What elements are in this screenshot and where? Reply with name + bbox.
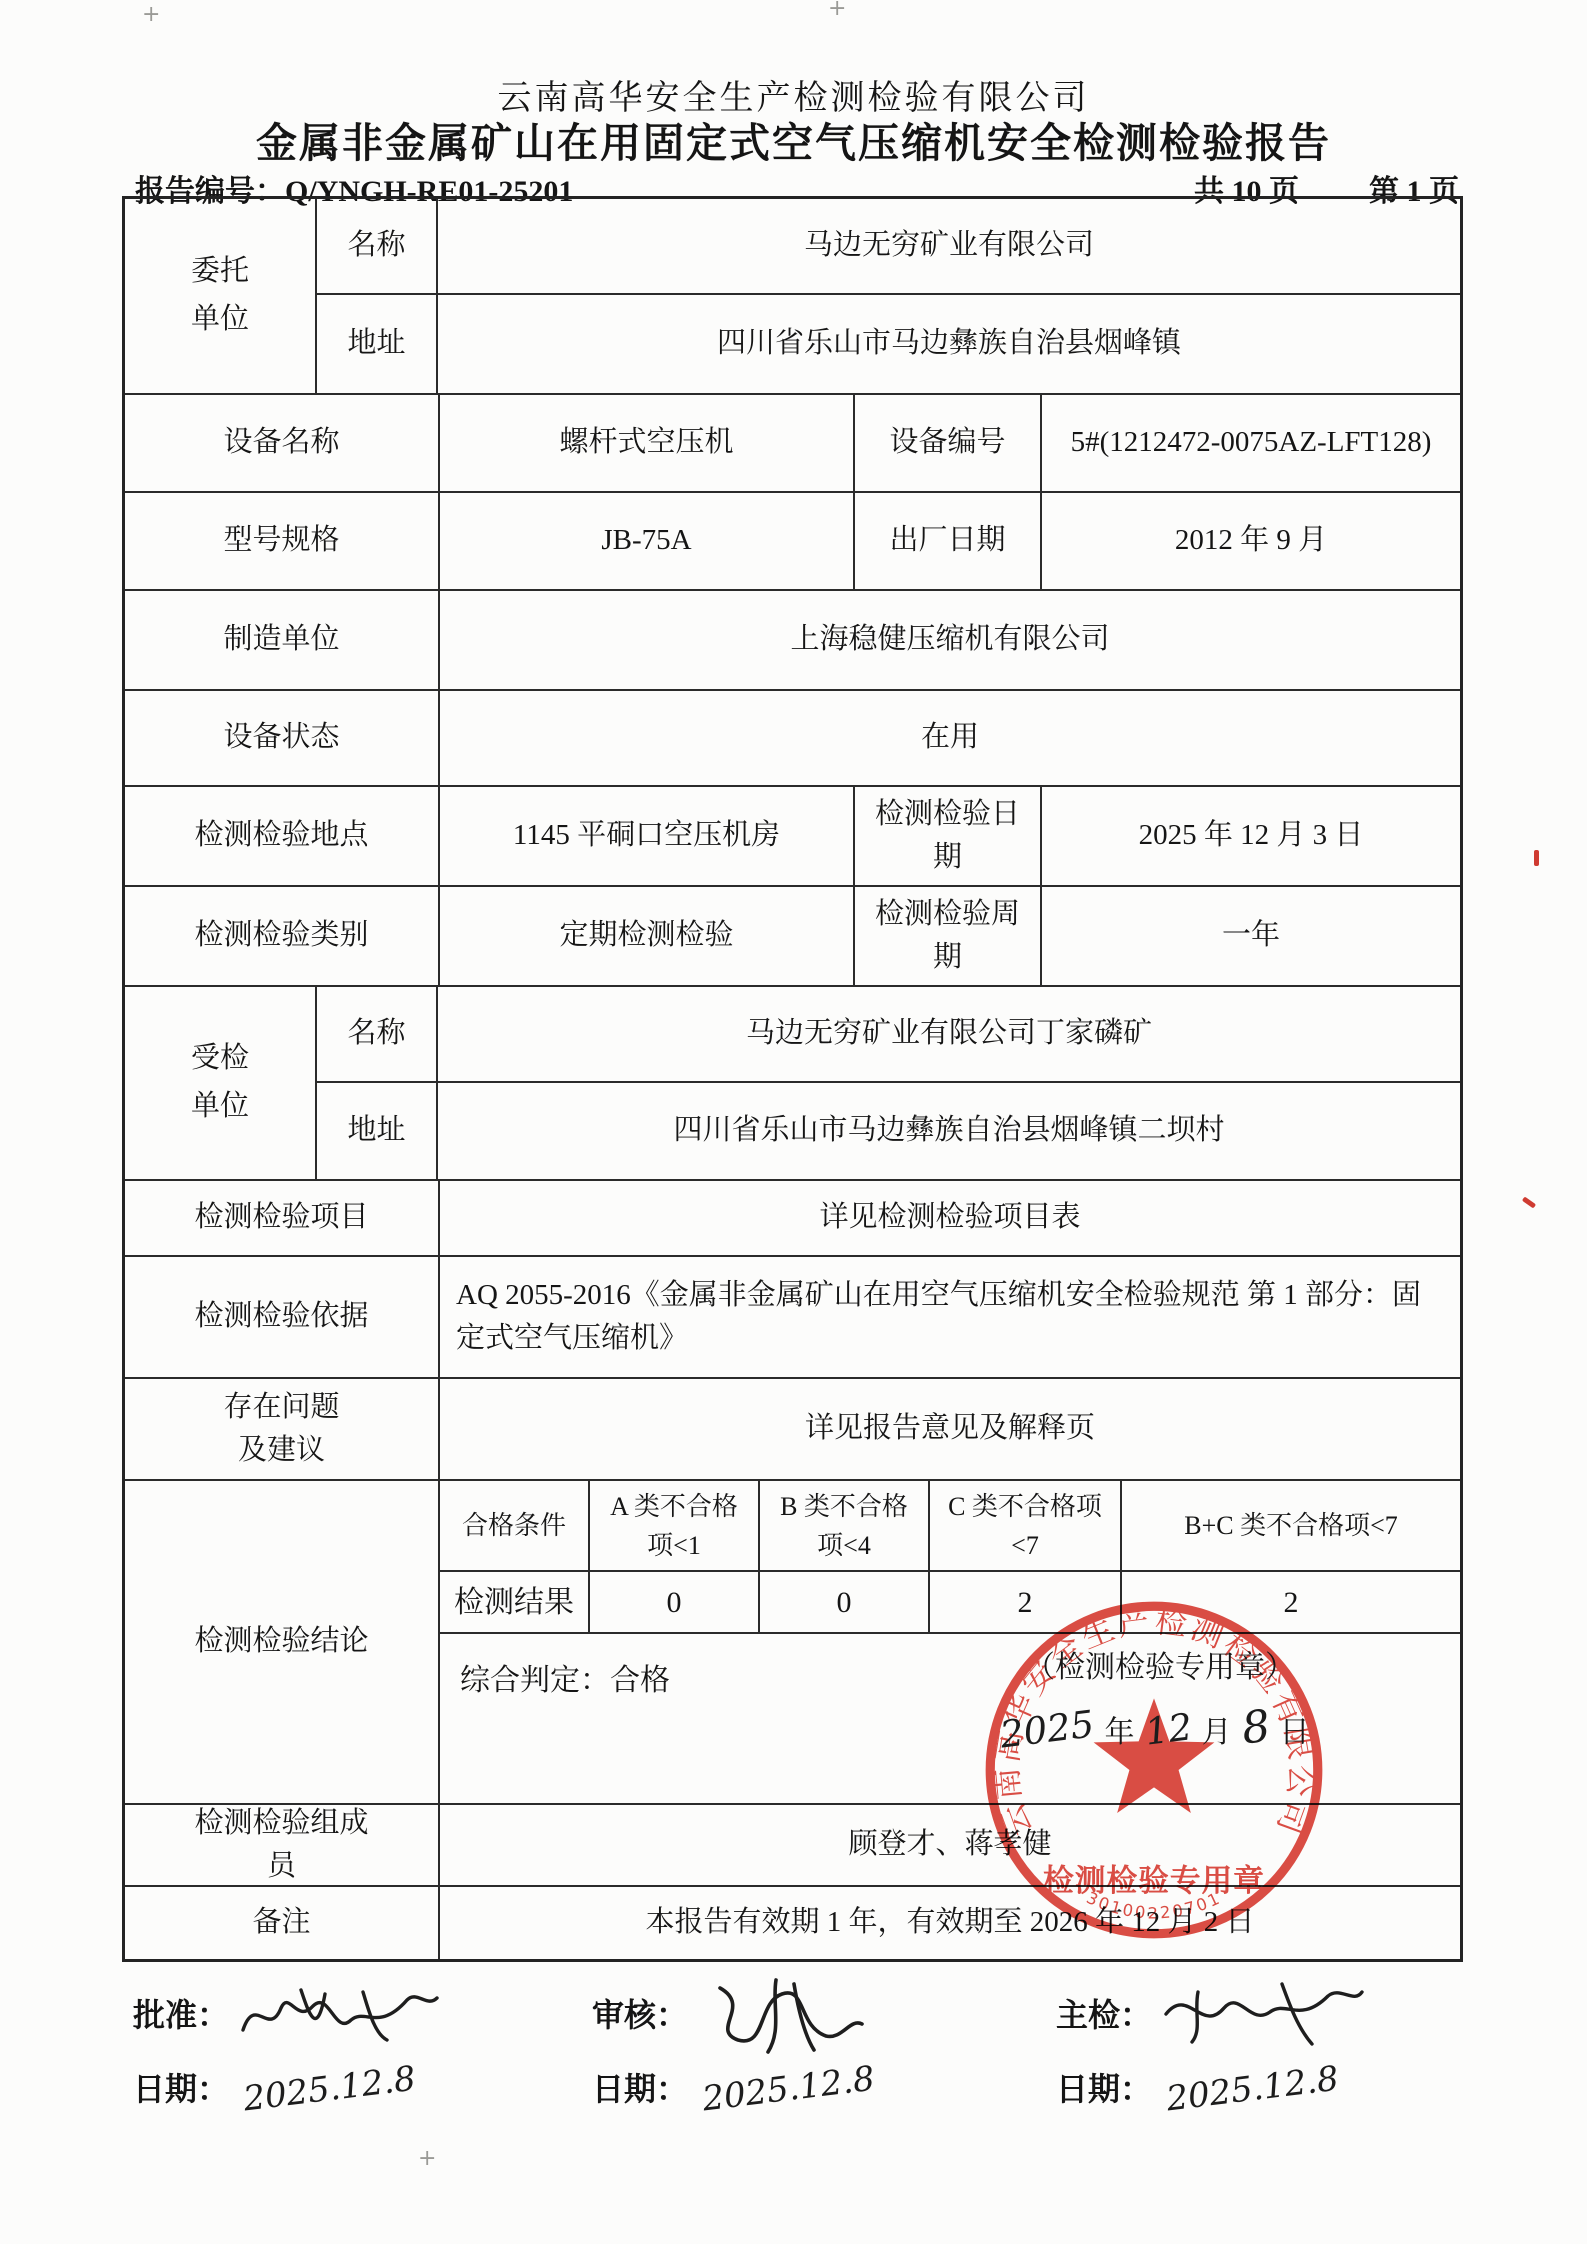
problems-row: 存在问题及建议 详见报告意见及解释页	[125, 1379, 1460, 1481]
inspected-name-value: 马边无穷矿业有限公司丁家磷矿	[438, 987, 1460, 1081]
chief-block: 主检： 日期： 2025.12.8	[1056, 1972, 1476, 2124]
crop-mark: +	[142, 2, 160, 27]
seal-caption: （检测检验专用章）	[1000, 1642, 1320, 1686]
seal-date-month: 12	[1142, 1705, 1194, 1753]
review-date-label: 日期：	[592, 2064, 688, 2124]
remark-label: 备注	[125, 1887, 440, 1959]
client-group: 委托单位 名称 马边无穷矿业有限公司 地址 四川省乐山市马边彝族自治县烟峰镇	[125, 199, 1460, 395]
result-a: 0	[590, 1572, 760, 1632]
result-header: 检测结果	[440, 1572, 590, 1632]
equipment-no-value: 5#(1212472-0075AZ-LFT128)	[1042, 395, 1460, 491]
inspection-place-value: 1145 平硐口空压机房	[440, 787, 855, 885]
remark-row: 备注 本报告有效期 1 年，有效期至 2026 年 12 月 2 日	[125, 1887, 1460, 1959]
conclusion-label: 检测检验结论	[125, 1481, 440, 1803]
seal-date: 2025 年 12 月 8 日	[985, 1702, 1325, 1753]
cond-header: 合格条件	[440, 1481, 590, 1570]
result-bc: 2	[1122, 1572, 1460, 1632]
status-value: 在用	[440, 691, 1460, 785]
status-label: 设备状态	[125, 691, 440, 785]
inspection-type-label: 检测检验类别	[125, 887, 440, 985]
client-name-row: 名称 马边无穷矿业有限公司	[317, 199, 1460, 295]
report-table: 委托单位 名称 马边无穷矿业有限公司 地址 四川省乐山市马边彝族自治县烟峰镇 设…	[122, 196, 1463, 1962]
chief-date-value: 2025.12.8	[1164, 2059, 1341, 2120]
model-row: 型号规格 JB-75A 出厂日期 2012 年 9 月	[125, 493, 1460, 591]
conditions-row: 合格条件 A 类不合格项<1 B 类不合格项<4 C 类不合格项<7 B+C 类…	[440, 1481, 1460, 1572]
equipment-name-value: 螺杆式空压机	[440, 395, 855, 491]
review-date-value: 2025.12.8	[700, 2059, 877, 2120]
inspected-addr-row: 地址 四川省乐山市马边彝族自治县烟峰镇二坝村	[317, 1083, 1460, 1179]
status-row: 设备状态 在用	[125, 691, 1460, 787]
team-value: 顾登才、蒋孝健	[440, 1805, 1460, 1885]
inspected-addr-label: 地址	[317, 1083, 438, 1179]
cond-a: A 类不合格项<1	[590, 1481, 760, 1570]
inspected-name-row: 名称 马边无穷矿业有限公司丁家磷矿	[317, 987, 1460, 1083]
remark-value: 本报告有效期 1 年，有效期至 2026 年 12 月 2 日	[440, 1887, 1460, 1959]
chief-signature	[1158, 1978, 1368, 2056]
result-b: 0	[760, 1572, 930, 1632]
basis-label: 检测检验依据	[125, 1257, 440, 1377]
problems-value: 详见报告意见及解释页	[440, 1379, 1460, 1479]
inspected-group-label: 受检单位	[125, 987, 317, 1179]
seal-month-label: 月	[1202, 1707, 1232, 1751]
items-value: 详见检测检验项目表	[440, 1181, 1460, 1255]
approve-label: 批准：	[133, 1990, 229, 2050]
equipment-name-label: 设备名称	[125, 395, 440, 491]
maker-label: 制造单位	[125, 591, 440, 689]
results-row: 检测结果 0 0 2 2	[440, 1572, 1460, 1634]
mfg-date-label: 出厂日期	[855, 493, 1042, 589]
cond-c: C 类不合格项<7	[930, 1481, 1122, 1570]
client-name-value: 马边无穷矿业有限公司	[438, 199, 1460, 293]
maker-value: 上海稳健压缩机有限公司	[440, 591, 1460, 689]
client-name-label: 名称	[317, 199, 438, 293]
inspected-addr-value: 四川省乐山市马边彝族自治县烟峰镇二坝村	[438, 1083, 1460, 1179]
chief-label: 主检：	[1056, 1990, 1152, 2050]
model-label: 型号规格	[125, 493, 440, 589]
approve-signature	[235, 1978, 445, 2056]
result-c: 2	[930, 1572, 1122, 1632]
review-signature	[694, 1978, 874, 2056]
team-label: 检测检验组成员	[125, 1805, 440, 1885]
report-title: 金属非金属矿山在用固定式空气压缩机安全检测检验报告	[0, 110, 1587, 169]
basis-value: AQ 2055-2016《金属非金属矿山在用空气压缩机安全检验规范 第 1 部分…	[440, 1257, 1460, 1377]
client-addr-label: 地址	[317, 295, 438, 393]
inspected-name-label: 名称	[317, 987, 438, 1081]
items-label: 检测检验项目	[125, 1181, 440, 1255]
report-page: 云南高华安全生产检测检验有限公司 金属非金属矿山在用固定式空气压缩机安全检测检验…	[0, 0, 1587, 2244]
team-row: 检测检验组成员 顾登才、蒋孝健	[125, 1805, 1460, 1887]
cond-bc: B+C 类不合格项<7	[1122, 1481, 1460, 1570]
inspection-cycle-value: 一年	[1042, 887, 1460, 985]
inspection-cycle-label: 检测检验周期	[855, 887, 1042, 985]
problems-label: 存在问题及建议	[125, 1379, 440, 1479]
items-row: 检测检验项目 详见检测检验项目表	[125, 1181, 1460, 1257]
model-value: JB-75A	[440, 493, 855, 589]
maker-row: 制造单位 上海稳健压缩机有限公司	[125, 591, 1460, 691]
review-label: 审核：	[592, 1990, 688, 2050]
approve-date-value: 2025.12.8	[241, 2059, 418, 2120]
red-scan-mark	[1534, 850, 1539, 866]
mfg-date-value: 2012 年 9 月	[1042, 493, 1460, 589]
inspection-place-row: 检测检验地点 1145 平硐口空压机房 检测检验日期 2025 年 12 月 3…	[125, 787, 1460, 887]
client-group-label: 委托单位	[125, 199, 317, 393]
inspection-place-label: 检测检验地点	[125, 787, 440, 885]
approve-block: 批准： 日期： 2025.12.8	[133, 1972, 553, 2124]
inspected-group: 受检单位 名称 马边无穷矿业有限公司丁家磷矿 地址 四川省乐山市马边彝族自治县烟…	[125, 987, 1460, 1181]
basis-row: 检测检验依据 AQ 2055-2016《金属非金属矿山在用空气压缩机安全检验规范…	[125, 1257, 1460, 1379]
equipment-no-label: 设备编号	[855, 395, 1042, 491]
equipment-name-row: 设备名称 螺杆式空压机 设备编号 5#(1212472-0075AZ-LFT12…	[125, 395, 1460, 493]
approve-date-label: 日期：	[133, 2064, 229, 2124]
inspection-date-value: 2025 年 12 月 3 日	[1042, 787, 1460, 885]
review-block: 审核： 日期： 2025.12.8	[592, 1972, 1012, 2124]
inspection-date-label: 检测检验日期	[855, 787, 1042, 885]
seal-date-year: 2025	[998, 1702, 1097, 1756]
inspection-type-value: 定期检测检验	[440, 887, 855, 985]
seal-date-day: 8	[1239, 1700, 1273, 1754]
cond-b: B 类不合格项<4	[760, 1481, 930, 1570]
crop-mark: +	[418, 2146, 436, 2171]
client-addr-row: 地址 四川省乐山市马边彝族自治县烟峰镇	[317, 295, 1460, 393]
client-addr-value: 四川省乐山市马边彝族自治县烟峰镇	[438, 295, 1460, 393]
chief-date-label: 日期：	[1056, 2064, 1152, 2124]
red-scan-mark	[1522, 1196, 1536, 1208]
seal-year-label: 年	[1105, 1707, 1135, 1751]
crop-mark: +	[828, 0, 846, 21]
inspection-type-row: 检测检验类别 定期检测检验 检测检验周期 一年	[125, 887, 1460, 987]
seal-day-label: 日	[1280, 1707, 1310, 1751]
